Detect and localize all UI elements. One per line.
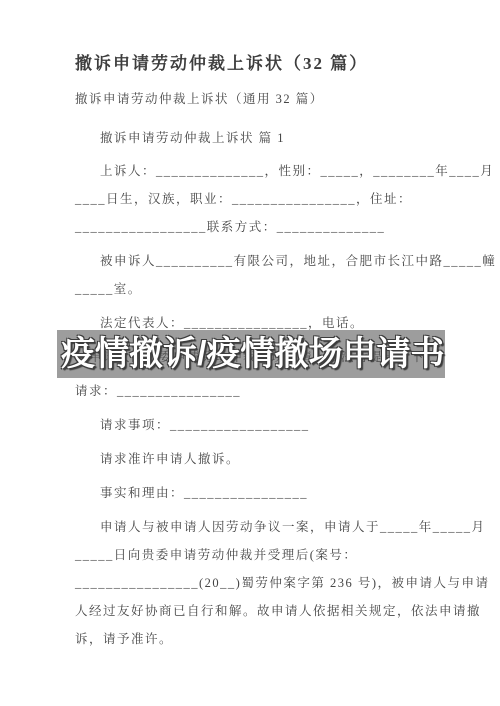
line-settlement: 人经过友好协商已自行和解。故申请人依据相关规定，依法申请撤: [75, 597, 428, 625]
document-title: 撤诉申请劳动仲裁上诉状（32 篇）: [75, 54, 428, 74]
line-facts-reasons: 事实和理由：________________: [75, 479, 428, 507]
section-heading: 撤诉申请劳动仲裁上诉状 篇 1: [75, 131, 428, 145]
line-legal-representative: 法定代表人：________________，电话。: [75, 309, 428, 337]
line-appellant: 上诉人：______________，性别：_____，________年___…: [75, 157, 428, 185]
line-case-statement: 申请人与被申请人因劳动争议一案，申请人于_____年_____月: [75, 513, 428, 541]
line-obscured-by-watermark: ，申请人向贵委申请劳动仲裁，现申请人依法特提出如下: [75, 343, 428, 371]
line-case-number: ________________(20__)蜀劳仲案字第 236 号)，被申请人…: [75, 569, 428, 597]
line-closing: 诉，请予准许。: [75, 625, 428, 653]
line-request-permission: 请求准许申请人撤诉。: [75, 445, 428, 473]
line-case-date: _____日向贵委申请劳动仲裁并受理后(案号：: [75, 541, 428, 569]
line-request: 请求：________________: [75, 377, 428, 405]
document-page: 撤诉申请劳动仲裁上诉状（32 篇） 撤诉申请劳动仲裁上诉状（通用 32 篇） 撤…: [0, 0, 500, 706]
line-birth-occupation: ____日生，汉族，职业：________________，住址：: [75, 185, 428, 213]
document-subtitle: 撤诉申请劳动仲裁上诉状（通用 32 篇）: [75, 92, 428, 106]
line-respondent: 被申诉人__________有限公司，地址，合肥市长江中路_____幢: [75, 247, 428, 275]
line-room: _____室。: [75, 275, 428, 303]
line-request-items: 请求事项：__________________: [75, 411, 428, 439]
line-contact: _________________联系方式：______________: [75, 213, 428, 241]
